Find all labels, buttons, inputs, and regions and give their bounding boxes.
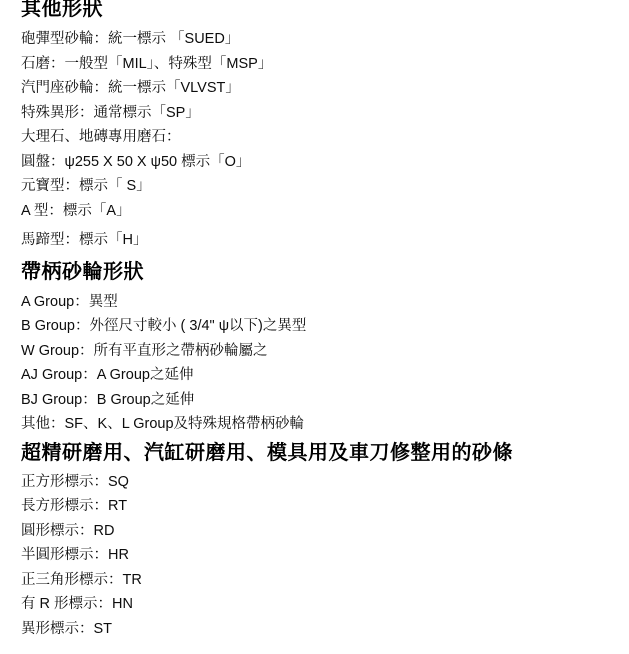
text-line-round: 圓形標示：RD [21,519,619,544]
text-line-bj-group: BJ Group：B Group之延伸 [21,388,619,413]
text-line-valve-seat: 汽門座砂輪：統一標示「VLVST」 [21,76,619,101]
text-line-aj-group: AJ Group：A Group之延伸 [21,363,619,388]
text-line-a-group: A Group：異型 [21,290,619,315]
text-line-rectangle: 長方形標示：RT [21,494,619,519]
text-line-ingot-type: 元寶型：標示「 S」 [21,174,619,199]
section-abrasive-sticks: 超精研磨用、汽缸研磨用、模具用及車刀修整用的砂條 正方形標示：SQ 長方形標示：… [21,441,619,642]
section-shank-wheel-shapes: 帶柄砂輪形狀 A Group：異型 B Group：外徑尺寸較小 ( 3/4" … [21,260,619,437]
document-page: 其他形狀 砲彈型砂輪：統一標示 「SUED」 石磨：一般型「MIL」、特殊型「M… [0,0,629,654]
text-line-r-shape: 有 R 形標示：HN [21,592,619,617]
text-line-marble-tile: 大理石、地磚專用磨石： [21,125,619,150]
text-line-stone-mill: 石磨：一般型「MIL」、特殊型「MSP」 [21,52,619,77]
section-heading-abrasive-sticks: 超精研磨用、汽缸研磨用、模具用及車刀修整用的砂條 [21,441,619,465]
text-line-a-type: A 型：標示「A」 [21,199,619,224]
text-line-odd-shape: 異形標示：ST [21,617,619,642]
text-line-disc: 圓盤：ψ255 X 50 X ψ50 標示「O」 [21,150,619,175]
text-line-w-group: W Group：所有平直形之帶柄砂輪屬之 [21,339,619,364]
section-heading-shank-wheel-shapes: 帶柄砂輪形狀 [21,260,619,284]
text-line-other-groups: 其他：SF、K、L Group及特殊規格帶柄砂輪 [21,412,619,437]
text-line-bullet-wheel: 砲彈型砂輪：統一標示 「SUED」 [21,27,619,52]
section-other-shapes: 其他形狀 砲彈型砂輪：統一標示 「SUED」 石磨：一般型「MIL」、特殊型「M… [21,0,619,253]
text-line-b-group: B Group：外徑尺寸較小 ( 3/4" ψ以下)之異型 [21,314,619,339]
text-line-horseshoe-type: 馬蹄型：標示「H」 [21,228,619,253]
text-line-special-shape: 特殊異形：通常標示「SP」 [21,101,619,126]
text-line-square: 正方形標示：SQ [21,470,619,495]
text-line-triangle: 正三角形標示：TR [21,568,619,593]
section-heading-other-shapes: 其他形狀 [21,0,619,21]
text-line-half-round: 半圓形標示：HR [21,543,619,568]
